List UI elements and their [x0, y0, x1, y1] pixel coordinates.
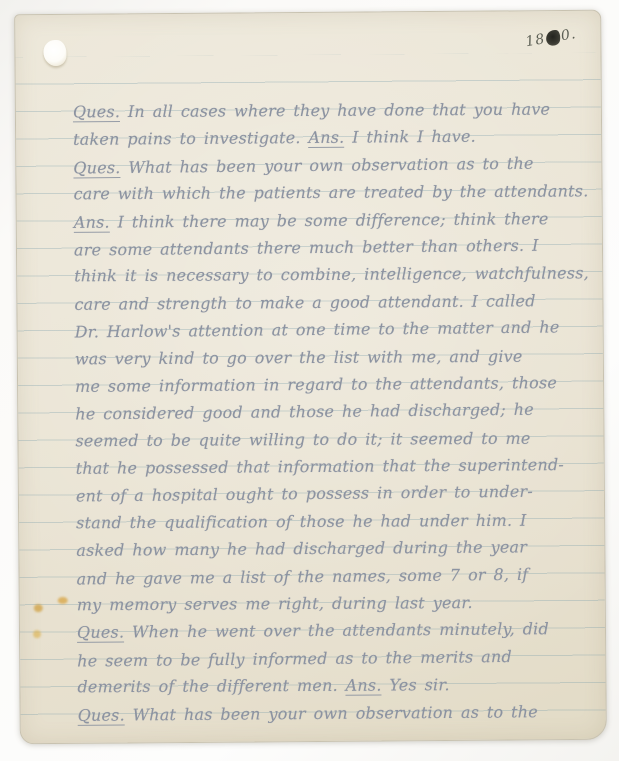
- handwritten-text: and he gave me a list of the names, some…: [76, 564, 528, 588]
- handwritten-text: Dr. Harlow's attention at one time to th…: [75, 318, 560, 342]
- handwritten-text: that he possessed that information that …: [76, 455, 564, 478]
- underlined-word: Ques.: [73, 102, 120, 122]
- manuscript-line: Dr. Harlow's attention at one time to th…: [74, 313, 586, 346]
- handwritten-text: ent of a hospital ought to possess in or…: [76, 482, 533, 506]
- manuscript-line: taken pains to investigate. Ans. I think…: [73, 122, 585, 153]
- manuscript-line: ent of a hospital ought to possess in or…: [76, 478, 588, 511]
- underlined-word: Ques.: [77, 623, 124, 643]
- handwritten-text: think it is necessary to combine, intell…: [74, 264, 589, 286]
- underlined-word: Ans.: [308, 128, 344, 148]
- manuscript-line: asked how many he had discharged during …: [76, 533, 588, 564]
- handwritten-text: In all cases where they have done that y…: [120, 100, 550, 121]
- underlined-word: Ques.: [78, 705, 125, 725]
- handwritten-text: he considered good and those he had disc…: [75, 400, 534, 424]
- manuscript-line: think it is necessary to combine, intell…: [74, 260, 586, 290]
- foxing-spot: [58, 597, 68, 604]
- handwritten-text: care with which the patients are treated…: [74, 182, 589, 204]
- foxing-spot: [34, 604, 43, 612]
- handwritten-text: are some attendants there much better th…: [74, 236, 539, 260]
- underlined-word: Ans.: [74, 212, 110, 232]
- underlined-word: Ans.: [346, 676, 382, 696]
- handwritten-text: asked how many he had discharged during …: [76, 538, 527, 561]
- page-number-prefix: 18: [524, 31, 546, 50]
- manuscript-line: Ques. When he went over the attendants m…: [77, 615, 589, 646]
- paper-hole: [43, 40, 66, 66]
- manuscript-line: and he gave me a list of the names, some…: [76, 560, 588, 593]
- manuscript-line: seemed to be quite willing to do it; it …: [75, 424, 587, 454]
- manuscript-line: was very kind to go over the list with m…: [75, 342, 587, 372]
- manuscript-line: Ques. What has been your own observation…: [73, 149, 585, 182]
- manuscript-lines: Ques. In all cases where they have done …: [73, 95, 590, 729]
- handwritten-text: I think there may be some difference; th…: [110, 209, 549, 231]
- handwritten-text: taken pains to investigate.: [73, 128, 308, 149]
- manuscript-line: he considered good and those he had disc…: [75, 395, 587, 428]
- handwritten-text: When he went over the attendants minutel…: [124, 620, 549, 642]
- handwritten-text: I think I have.: [344, 127, 476, 147]
- page-number-suffix: 0.: [560, 26, 578, 44]
- handwritten-text: stand the qualification of those he had …: [76, 511, 526, 533]
- ink-blot-icon: [545, 29, 561, 47]
- manuscript-line: Ques. What has been your own observation…: [78, 697, 590, 728]
- handwritten-text: Yes sir.: [382, 675, 450, 694]
- handwritten-text: demerits of the different men.: [77, 676, 345, 697]
- foxing-spot: [33, 630, 41, 638]
- manuscript-line: demerits of the different men. Ans. Yes …: [77, 671, 589, 701]
- underlined-word: Ques.: [73, 158, 120, 178]
- manuscript-line: care with which the patients are treated…: [73, 178, 585, 208]
- manuscript-line: Ques. In all cases where they have done …: [73, 95, 585, 125]
- manuscript-line: my memory serves me right, during last y…: [77, 588, 589, 618]
- handwritten-text: care and strength to make a good attenda…: [74, 291, 535, 314]
- handwritten-text: What has been your own observation as to…: [120, 153, 533, 176]
- manuscript-line: stand the qualification of those he had …: [76, 506, 588, 536]
- handwritten-text: me some information in regard to the att…: [75, 373, 557, 396]
- handwritten-text: was very kind to go over the list with m…: [75, 346, 523, 368]
- handwritten-text: my memory serves me right, during last y…: [77, 593, 473, 614]
- manuscript-page: 180. Ques. In all cases where they have …: [14, 10, 607, 745]
- page-number: 180.: [524, 26, 577, 50]
- handwritten-text: seemed to be quite willing to do it; it …: [75, 428, 530, 450]
- scanned-manuscript-photo: { "document": { "page_number": { "prefix…: [0, 0, 619, 761]
- handwritten-text: What has been your own observation as to…: [125, 702, 538, 724]
- handwritten-text: he seem to be fully informed as to the m…: [77, 647, 512, 671]
